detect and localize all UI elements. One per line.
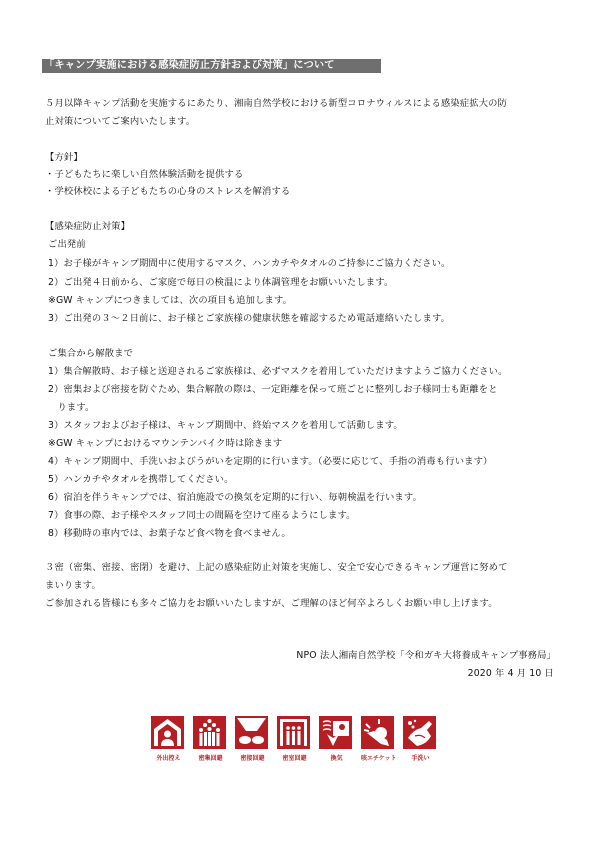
- icon-cell: 咳エチケット: [361, 716, 396, 762]
- icon-label: 密室回避: [277, 753, 312, 762]
- stay-home-icon: [151, 716, 184, 749]
- cough-etiquette-icon: [361, 716, 394, 749]
- signature-organization: NPO 法人湘南自然学校「令和ガキ大将養成キャンプ事務局」: [296, 650, 556, 662]
- assembly-line: 5）ハンカチやタオルを携帯してください。: [48, 474, 234, 486]
- assembly-line: 4）キャンプ期間中、手洗いおよびうがいを定期的に行います。（必要に応じて、手指の…: [48, 456, 493, 468]
- policy-heading: 【方針】: [45, 152, 83, 164]
- avoid-close-contact-icon: [235, 716, 268, 749]
- document-title: 「キャンプ実施における感染症防止方針および対策」について: [42, 59, 381, 73]
- icon-label: 外出控え: [151, 753, 186, 762]
- icon-label: 換気: [319, 753, 354, 762]
- before-departure-heading: ご出発前: [48, 239, 86, 251]
- icon-cell: 密室回避: [277, 716, 312, 762]
- closing-line: ３密（密集、密接、密閉）を避け、上記の感染症防止対策を実施し、安全で安心できるキ…: [45, 562, 508, 574]
- icon-label: 手洗い: [403, 753, 438, 762]
- icon-label: 密集回避: [193, 753, 228, 762]
- assembly-heading: ご集合から解散まで: [48, 348, 133, 360]
- assembly-line: 1）集合解散時、お子様と送迎されるご家族様は、必ずマスクを着用していただけますよ…: [48, 366, 508, 378]
- policy-item: ・子どもたちに楽しい自然体験活動を提供する: [45, 169, 243, 181]
- before-departure-line: 2）ご出発４日前から、ご家庭で毎日の検温により体調管理をお願いいたします。: [48, 277, 393, 289]
- ventilation-icon: [319, 716, 352, 749]
- before-departure-line: 3）ご出発の３～２日前に、お子様とご家族様の健康状態を確認するため電話連絡いたし…: [48, 313, 450, 325]
- assembly-line-cont: ります。: [48, 402, 95, 414]
- assembly-line: 8）移動時の車内では、お菓子など食べ物を食べません。: [48, 528, 291, 540]
- icon-label: 密接回避: [235, 753, 270, 762]
- hand-washing-icon: [403, 716, 436, 749]
- icon-cell: 手洗い: [403, 716, 438, 762]
- before-departure-line: 1）お子様がキャンプ期間中に使用するマスク、ハンカチやタオルのご持参にご協力くだ…: [48, 258, 450, 270]
- icon-cell: 換気: [319, 716, 354, 762]
- policy-item: ・学校休校による子どもたちの心身のストレスを解消する: [45, 186, 290, 198]
- avoid-crowds-icon: [193, 716, 226, 749]
- assembly-note: ※GW キャンプにおけるマウンテンバイク時は除きます: [48, 438, 282, 450]
- intro-line: 止対策についてご案内いたします。: [45, 116, 195, 128]
- icon-cell: 外出控え: [151, 716, 186, 762]
- closing-line: まいります。: [45, 580, 101, 592]
- icon-cell: 密接回避: [235, 716, 270, 762]
- prevention-icons-row: 外出控え 密集回避: [151, 716, 451, 766]
- assembly-line: 7）食事の際、お子様やスタッフ同士の間隔を空けて座るようにします。: [48, 510, 356, 522]
- document-page: 「キャンプ実施における感染症防止方針および対策」について ５月以降キャンプ活動を…: [0, 0, 595, 842]
- before-departure-note: ※GW キャンプにつきましては、次の項目も追加します。: [48, 295, 292, 307]
- icon-cell: 密集回避: [193, 716, 228, 762]
- icon-label: 咳エチケット: [361, 753, 396, 762]
- assembly-line: 2）密集および密接を防ぐため、集合解散の際は、一定距離を保って班ごとに整列しお子…: [48, 384, 498, 396]
- intro-line: ５月以降キャンプ活動を実施するにあたり、湘南自然学校における新型コロナウィルスに…: [45, 98, 507, 110]
- assembly-line: 3）スタッフおよびお子様は、キャンプ期間中、終始マスクを着用して活動します。: [48, 420, 403, 432]
- avoid-closed-spaces-icon: [277, 716, 310, 749]
- measures-heading: 【感染症防止対策】: [45, 221, 130, 233]
- assembly-line: 6）宿泊を伴うキャンプでは、宿泊施設での換気を定期的に行い、毎朝検温を行います。: [48, 492, 422, 504]
- signature-date: 2020 年 4 月 10 日: [468, 668, 554, 680]
- closing-line: ご参加される皆様にも多々ご協力をお願いいたしますが、ご理解のほど何卒よろしくお願…: [45, 598, 498, 610]
